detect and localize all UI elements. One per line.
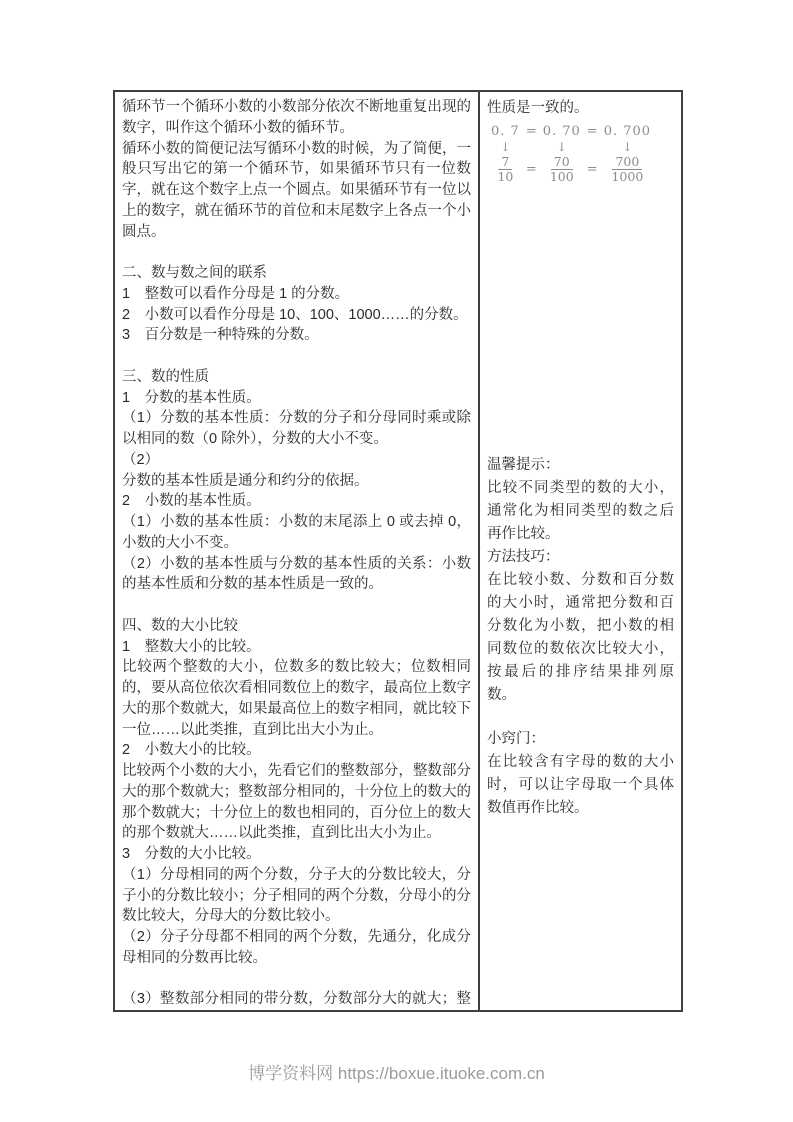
equals-sign: = — [526, 124, 537, 139]
paragraph: 四、数的大小比较 — [122, 616, 471, 637]
equals-sign: = — [526, 162, 537, 177]
paragraph: 3 分数的大小比较。 — [122, 844, 471, 865]
site-footer-text: 博学资料网 https://boxue.ituoke.com.cn — [0, 1062, 793, 1086]
paragraph: 1 分数的基本性质。 — [122, 388, 471, 409]
spacer — [487, 707, 674, 728]
paragraph: （2） — [122, 450, 471, 471]
paragraph: （1）分母相同的两个分数，分子大的分数比较大，分子小的分数比较小；分子相同的两个… — [122, 865, 471, 927]
down-arrow-icon: ↓ — [500, 141, 510, 153]
trick-text: 在比较含有字母的数的大小时，可以让字母取一个具体数值再作比较。 — [487, 751, 674, 820]
notes-table: 循环节一个循环小数的小数部分依次不断地重复出现的数字，叫作这个循环小数的循环节。… — [113, 90, 683, 1012]
down-arrow-icon: ↓ — [622, 141, 632, 153]
fraction: 7 10 — [494, 155, 516, 184]
method-text: 在比较小数、分数和百分数的大小时，通常把分数和百分数化为小数，把小数的相同数位的… — [487, 569, 674, 707]
decimal-value: 0. 70 — [543, 124, 581, 139]
paragraph: 二、数与数之间的联系 — [122, 263, 471, 284]
paragraph: 2 小数可以看作分母是 10、100、1000……的分数。 — [122, 305, 471, 326]
trick-label: 小窍门： — [487, 728, 674, 751]
paragraph: （2）分子分母都不相同的两个分数，先通分，化成分母相同的分数再比较。 — [122, 927, 471, 969]
paragraph: 比较两个整数的大小，位数多的数比较大；位数相同的，要从高位依次看相同数位上的数字… — [122, 657, 471, 740]
tip-text: 比较不同类型的数的大小，通常化为相同类型的数之后再作比较。 — [487, 477, 674, 546]
paragraph — [122, 969, 471, 990]
fraction: 700 1000 — [608, 155, 646, 184]
down-arrow-icon: ↓ — [557, 141, 567, 153]
paragraph: 1 整数大小的比较。 — [122, 637, 471, 658]
paragraph: （1）分数的基本性质：分数的分子和分母同时乘或除以相同的数（0 除外），分数的大… — [122, 408, 471, 450]
tips-block: 温馨提示： 比较不同类型的数的大小，通常化为相同类型的数之后再作比较。 方法技巧… — [487, 454, 674, 820]
paragraph — [122, 595, 471, 616]
paragraph: （2）小数的基本性质与分数的基本性质的关系：小数的基本性质和分数的基本性质是一致… — [122, 554, 471, 596]
equals-sign: = — [587, 124, 598, 139]
paragraph: 三、数的性质 — [122, 367, 471, 388]
paragraph: 2 小数的基本性质。 — [122, 491, 471, 512]
fraction: 70 100 — [547, 155, 577, 184]
paragraph: （3）整数部分相同的带分数，分数部分大的就大；整数部分不同的带分数，整数部分大的… — [122, 989, 471, 1010]
intro-text: 性质是一致的。 — [487, 97, 674, 120]
paragraph — [122, 242, 471, 263]
paragraph: 比较两个小数的大小，先看它们的整数部分，整数部分大的那个数就大；整数部分相同的，… — [122, 761, 471, 844]
paragraph: （1）小数的基本性质：小数的末尾添上 0 或去掉 0，小数的大小不变。 — [122, 512, 471, 554]
paragraph: 3 百分数是一种特殊的分数。 — [122, 325, 471, 346]
table-cell-left: 循环节一个循环小数的小数部分依次不断地重复出现的数字，叫作这个循环小数的循环节。… — [115, 92, 480, 1010]
method-label: 方法技巧： — [487, 546, 674, 569]
decimal-fraction-equivalence-figure: 0. 7 = 0. 70 = 0. 700 ↓ ↓ ↓ 7 10 = 70 10… — [491, 124, 651, 184]
paragraph: 循环节一个循环小数的小数部分依次不断地重复出现的数字，叫作这个循环小数的循环节。 — [122, 97, 471, 139]
paragraph: 分数的基本性质是通分和约分的依据。 — [122, 471, 471, 492]
tip-label: 温馨提示： — [487, 454, 674, 477]
equals-sign: = — [587, 162, 598, 177]
decimal-value: 0. 7 — [491, 124, 520, 139]
table-cell-right: 性质是一致的。 0. 7 = 0. 70 = 0. 700 ↓ ↓ ↓ 7 10… — [480, 92, 681, 1010]
decimal-value: 0. 700 — [604, 124, 651, 139]
paragraph — [122, 346, 471, 367]
paragraph: 循环小数的简便记法写循环小数的时候，为了简便，一般只写出它的第一个循环节，如果循… — [122, 139, 471, 243]
document-page: 循环节一个循环小数的小数部分依次不断地重复出现的数字，叫作这个循环小数的循环节。… — [0, 0, 793, 1122]
paragraph: 2 小数大小的比较。 — [122, 740, 471, 761]
paragraph: 1 整数可以看作分母是 1 的分数。 — [122, 284, 471, 305]
